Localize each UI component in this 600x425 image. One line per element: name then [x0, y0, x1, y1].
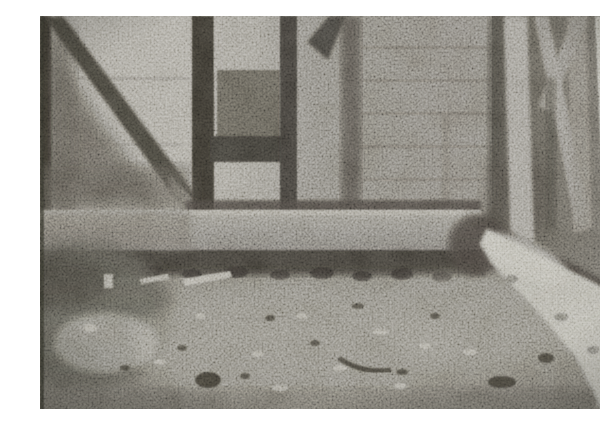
- barn-interior-photograph: [40, 16, 600, 409]
- vignette: [40, 16, 600, 409]
- photo-frame: [40, 16, 600, 409]
